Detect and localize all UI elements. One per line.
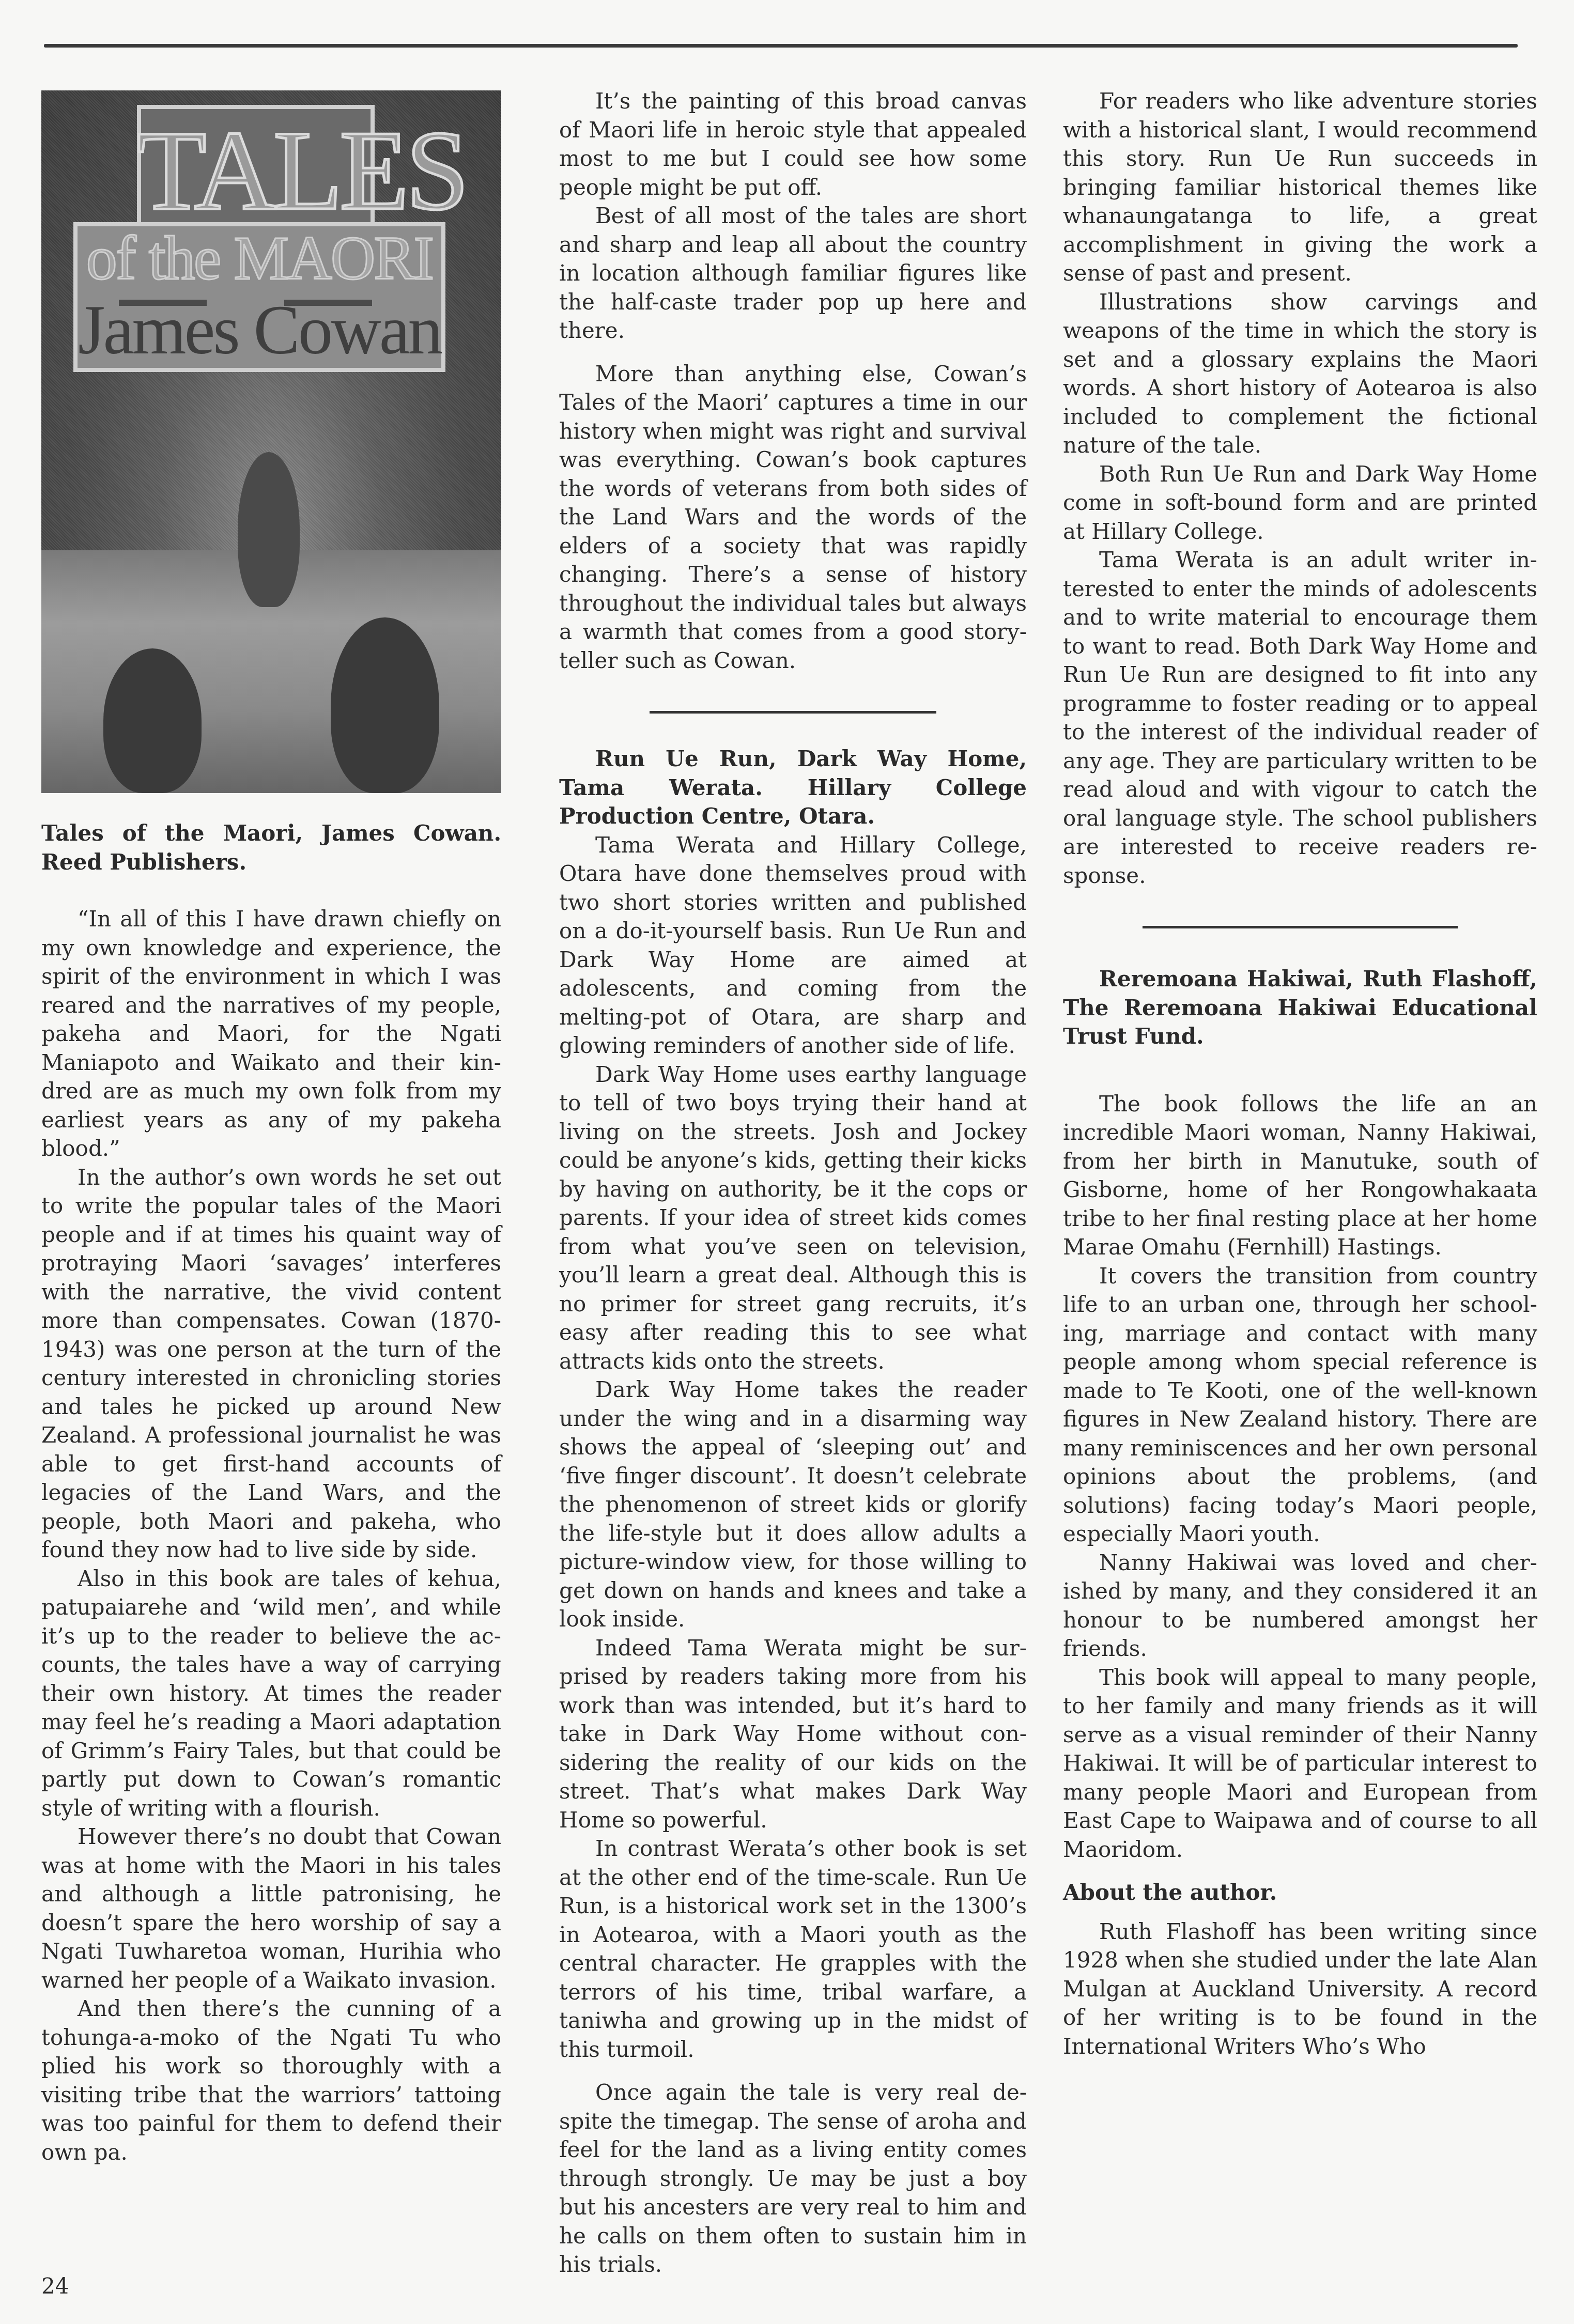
cover-author: James Cowan: [73, 295, 445, 367]
column-middle: It’s the painting of this broad canvas o…: [559, 87, 1027, 2279]
paragraph: More than anything else, Cowan’s Tales o…: [559, 360, 1027, 675]
paragraph: Nanny Hakiwai was loved and cher­ished b…: [1063, 1548, 1537, 1663]
cover-figure: [103, 648, 202, 793]
paragraph: Both Run Ue Run and Dark Way Home come i…: [1063, 460, 1537, 546]
column-right: For readers who like adventure stories w…: [1063, 87, 1537, 2060]
paragraph: Ruth Flashoff has been writing since 192…: [1063, 1917, 1537, 2061]
paragraph: For readers who like adventure stories w…: [1063, 87, 1537, 288]
section-divider: [1143, 926, 1458, 928]
paragraph: The book follows the life an an incredib…: [1063, 1090, 1537, 1262]
cover-title-tales: TALES: [137, 111, 375, 230]
review-heading: Reremoana Hakiwai, Ruth Flashoff, The Re…: [1063, 965, 1537, 1051]
page-number: 24: [41, 2273, 69, 2299]
review-heading: Run Ue Run, Dark Way Home, Tama Werata. …: [559, 745, 1027, 831]
paragraph: Tama Werata is an adult writer in­terest…: [1063, 546, 1537, 890]
column-left: TALES of the MAORI James Cowan Tales of …: [41, 78, 501, 2166]
paragraph: Dark Way Home takes the reader under the…: [559, 1375, 1027, 1634]
paragraph: It’s the painting of this broad canvas o…: [559, 87, 1027, 202]
about-author-heading: About the author.: [1063, 1878, 1537, 1907]
paragraph: However there’s no doubt that Cowan was …: [41, 1822, 501, 1994]
cover-figure: [238, 452, 300, 607]
paragraph: Tama Werata and Hillary College, Otara h…: [559, 831, 1027, 1060]
paragraph: In the author’s own words he set out to …: [41, 1163, 501, 1564]
paragraph: Best of all most of the tales are short …: [559, 202, 1027, 345]
paragraph: Dark Way Home uses earthy lan­guage to t…: [559, 1060, 1027, 1376]
paragraph: This book will appeal to many people, to…: [1063, 1663, 1537, 1864]
paragraph: “In all of this I have drawn chiefly on …: [41, 905, 501, 1163]
paragraph: And then there’s the cunning of a tohung…: [41, 1994, 501, 2166]
paragraph: It covers the transition from country li…: [1063, 1262, 1537, 1548]
cover-figure: [331, 617, 439, 793]
section-divider: [650, 711, 936, 714]
paragraph: Also in this book are tales of kehua, pa…: [41, 1564, 501, 1823]
cover-title-subtitle: of the MAORI: [73, 222, 445, 295]
paragraph: Once again the tale is very real de­spit…: [559, 2078, 1027, 2279]
top-rule: [44, 44, 1518, 48]
paragraph: In contrast Werata’s other book is set a…: [559, 1834, 1027, 2064]
review-heading: Tales of the Maori, James Cowan. Reed Pu…: [41, 819, 501, 876]
paragraph: Indeed Tama Werata might be sur­prised b…: [559, 1634, 1027, 1835]
paragraph: Illustrations show carvings and weapons …: [1063, 288, 1537, 460]
book-cover-image: TALES of the MAORI James Cowan: [41, 90, 501, 793]
